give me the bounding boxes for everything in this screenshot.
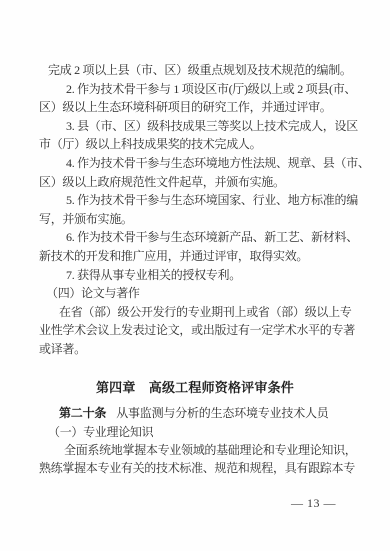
- body-line-6: 4. 作为技术骨干参与生态环境地方性法规、规章、县（市、: [39, 154, 364, 173]
- body-line-16: 或译著。: [39, 340, 364, 359]
- body-line-12: 7. 获得从事专业相关的授权专利。: [39, 266, 364, 285]
- article-block: 第二十条从事监测与分析的生态环境专业技术人员 （一）专业理论知识 全面系统地掌握…: [39, 404, 364, 477]
- body-line-15: 业性学术会议上发表过论文，或出版过有一定学术水平的专著: [39, 321, 364, 340]
- section-heading-papers: （四）论文与著作: [39, 284, 364, 303]
- body-line-11: 新技术的开发和推广应用，并通过评审，取得实效。: [39, 247, 364, 266]
- page-number: — 13 —: [291, 496, 336, 511]
- body-line-8: 5. 作为技术骨干参与生态环境国家、行业、地方标准的编: [39, 191, 364, 210]
- body-line-9: 写，并颁布实施。: [39, 210, 364, 229]
- article-label: 第二十条: [59, 406, 106, 420]
- body-line-1: 完成 2 项以上县（市、区）级重点规划及技术规范的编制。: [39, 61, 364, 80]
- section-line-3: 熟练掌握本专业有关的技术标准、规范和规程，具有跟踪本专: [39, 459, 364, 477]
- body-text-block: 完成 2 项以上县（市、区）级重点规划及技术规范的编制。 2. 作为技术骨干参与…: [39, 61, 364, 359]
- article-text: 从事监测与分析的生态环境专业技术人员: [116, 406, 328, 420]
- article-line: 第二十条从事监测与分析的生态环境专业技术人员: [39, 404, 364, 423]
- section-line-2: 全面系统地掌握本专业领域的基础理论和专业理论知识，: [39, 441, 364, 459]
- body-line-4: 3. 县（市、区）级科技成果三等奖以上技术完成人，设区: [39, 117, 364, 136]
- body-line-3: 区）级以上生态环境科研项目的研究工作，并通过评审。: [39, 98, 364, 117]
- body-line-10: 6. 作为技术骨干参与生态环境新产品、新工艺、新材料、: [39, 228, 364, 247]
- chapter-heading: 第四章 高级工程师资格评审条件: [0, 377, 390, 396]
- body-line-2: 2. 作为技术骨干参与 1 项设区市(厅)级以上或 2 项县(市、: [39, 80, 364, 99]
- body-line-14: 在省（部）级公开发行的专业期刊上或省（部）级以上专: [39, 303, 364, 322]
- document-page: 完成 2 项以上县（市、区）级重点规划及技术规范的编制。 2. 作为技术骨干参与…: [0, 0, 390, 551]
- body-line-5: 市（厅）级以上科技成果奖的技术完成人。: [39, 135, 364, 154]
- section-heading-theory: （一）专业理论知识: [39, 423, 364, 441]
- body-line-7: 区）级以上政府规范性文件起草，并颁布实施。: [39, 173, 364, 192]
